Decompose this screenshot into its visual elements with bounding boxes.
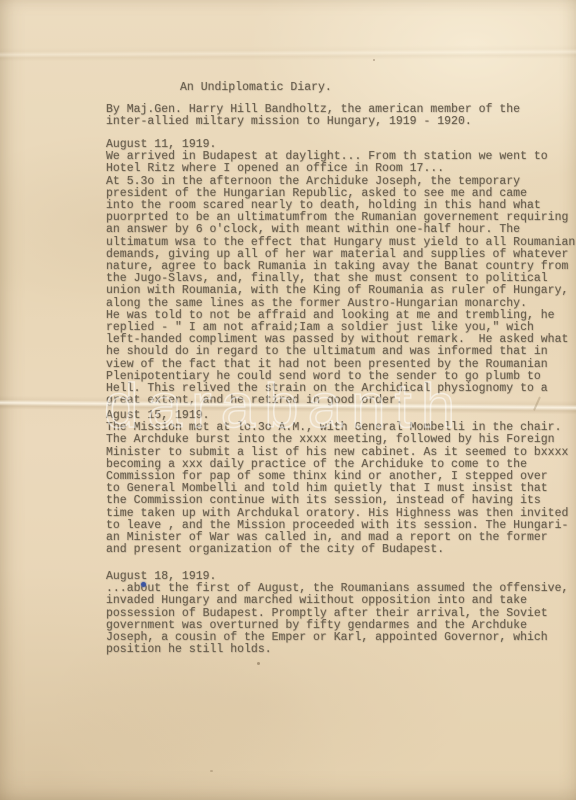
- document-byline: By Maj.Gen. Harry Hill Bandholtz, the am…: [106, 104, 520, 128]
- document-title: An Undiplomatic Diary.: [180, 82, 332, 94]
- paper-speck: [373, 59, 375, 61]
- diary-entry-august-11: August 11, 1919. We arrived in Budapest …: [106, 139, 575, 407]
- paper-speck: [257, 662, 260, 665]
- entry-body: The Mission met at lo.3o A.M., with Gene…: [106, 422, 568, 556]
- diary-entry-august-15: Agust 15, 1919. The Mission met at lo.3o…: [106, 410, 568, 556]
- diary-entry-august-18: August 18, 1919. ...about the first of A…: [106, 571, 568, 656]
- fold-crease-top: [0, 44, 576, 61]
- entry-body: ...about the first of August, the Rouman…: [106, 583, 568, 656]
- letter-page: An Undiplomatic Diary. By Maj.Gen. Harry…: [0, 0, 576, 800]
- entry-body: We arrived in Budapest at daylight... Fr…: [106, 151, 575, 407]
- paper-speck: [210, 770, 213, 772]
- blue-ink-dot: [141, 582, 146, 587]
